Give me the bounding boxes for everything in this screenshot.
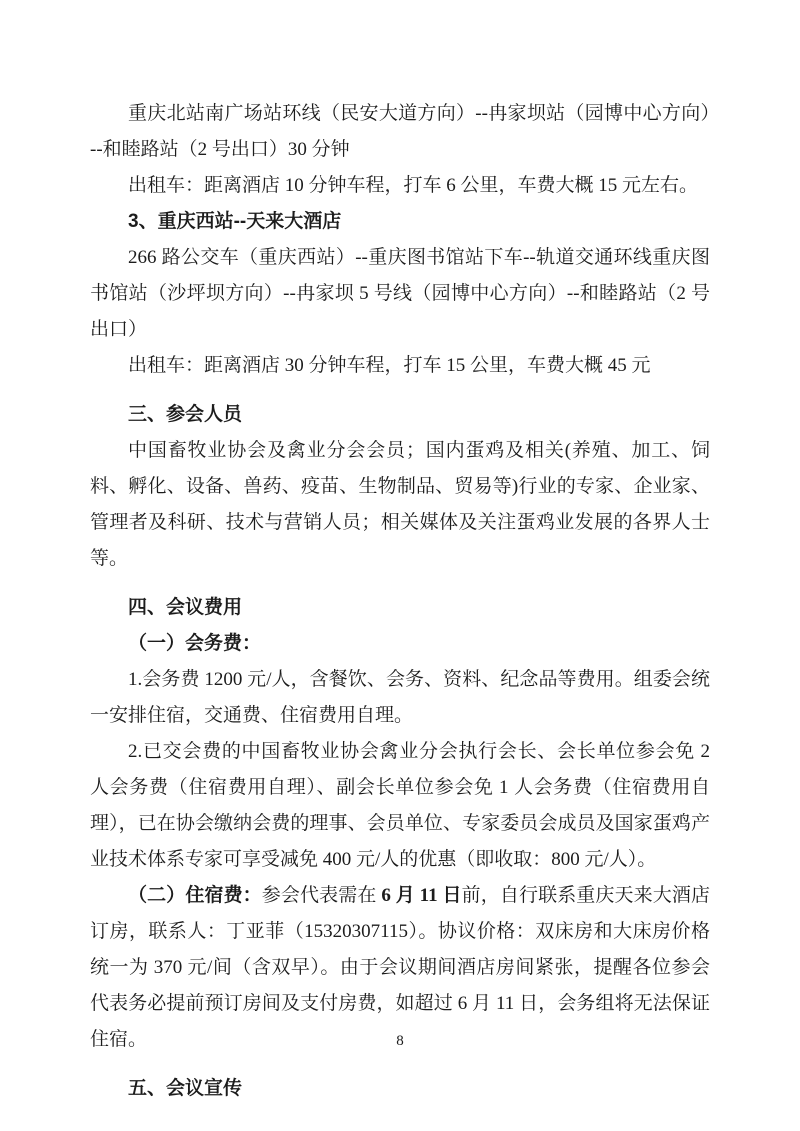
section-heading-fees: 四、会议费用 [90, 590, 710, 626]
document-body: 重庆北站南广场站环线（民安大道方向）--冉家坝站（园博中心方向）--和睦路站（2… [90, 96, 710, 1107]
route-heading-west-station: 3、重庆西站--天来大酒店 [90, 204, 710, 240]
page-number: 8 [0, 1032, 800, 1050]
accommodation-text-segment: 参会代表需在 [262, 885, 382, 906]
paragraph-accommodation: （二）住宿费：参会代表需在 6 月 11 日前，自行联系重庆天来大酒店订房，联系… [90, 878, 710, 1058]
paragraph-taxi-west-station: 出租车：距离酒店 30 分钟车程，打车 15 公里，车费大概 45 元 [90, 348, 710, 384]
paragraph-attendees: 中国畜牧业协会及禽业分会会员；国内蛋鸡及相关(养殖、加工、饲料、孵化、设备、兽药… [90, 433, 710, 577]
paragraph-route-metro: 重庆北站南广场站环线（民安大道方向）--冉家坝站（园博中心方向）--和睦路站（2… [90, 96, 710, 168]
paragraph-fee-standard: 1.会务费 1200 元/人，含餐饮、会务、资料、纪念品等费用。组委会统一安排住… [90, 662, 710, 734]
section-heading-attendees: 三、参会人员 [90, 397, 710, 433]
accommodation-detail-segment: 前，自行联系重庆天来大酒店订房，联系人：丁亚菲（15320307115）。协议价… [90, 885, 710, 1050]
paragraph-fee-discount: 2.已交会费的中国畜牧业协会禽业分会执行会长、会长单位参会免 2 人会务费（住宿… [90, 734, 710, 878]
sub-heading-conference-fee: （一）会务费： [90, 626, 710, 662]
accommodation-deadline-segment: 6 月 11 日 [381, 885, 461, 906]
section-heading-publicity: 五、会议宣传 [90, 1071, 710, 1107]
paragraph-bus-route: 266 路公交车（重庆西站）--重庆图书馆站下车--轨道交通环线重庆图书馆站（沙… [90, 240, 710, 348]
paragraph-taxi-north-station: 出租车：距离酒店 10 分钟车程，打车 6 公里，车费大概 15 元左右。 [90, 168, 710, 204]
document-page: { "doc": { "page_number": "8", "blocks":… [0, 0, 800, 1131]
accommodation-heading-segment: （二）住宿费： [128, 885, 262, 906]
